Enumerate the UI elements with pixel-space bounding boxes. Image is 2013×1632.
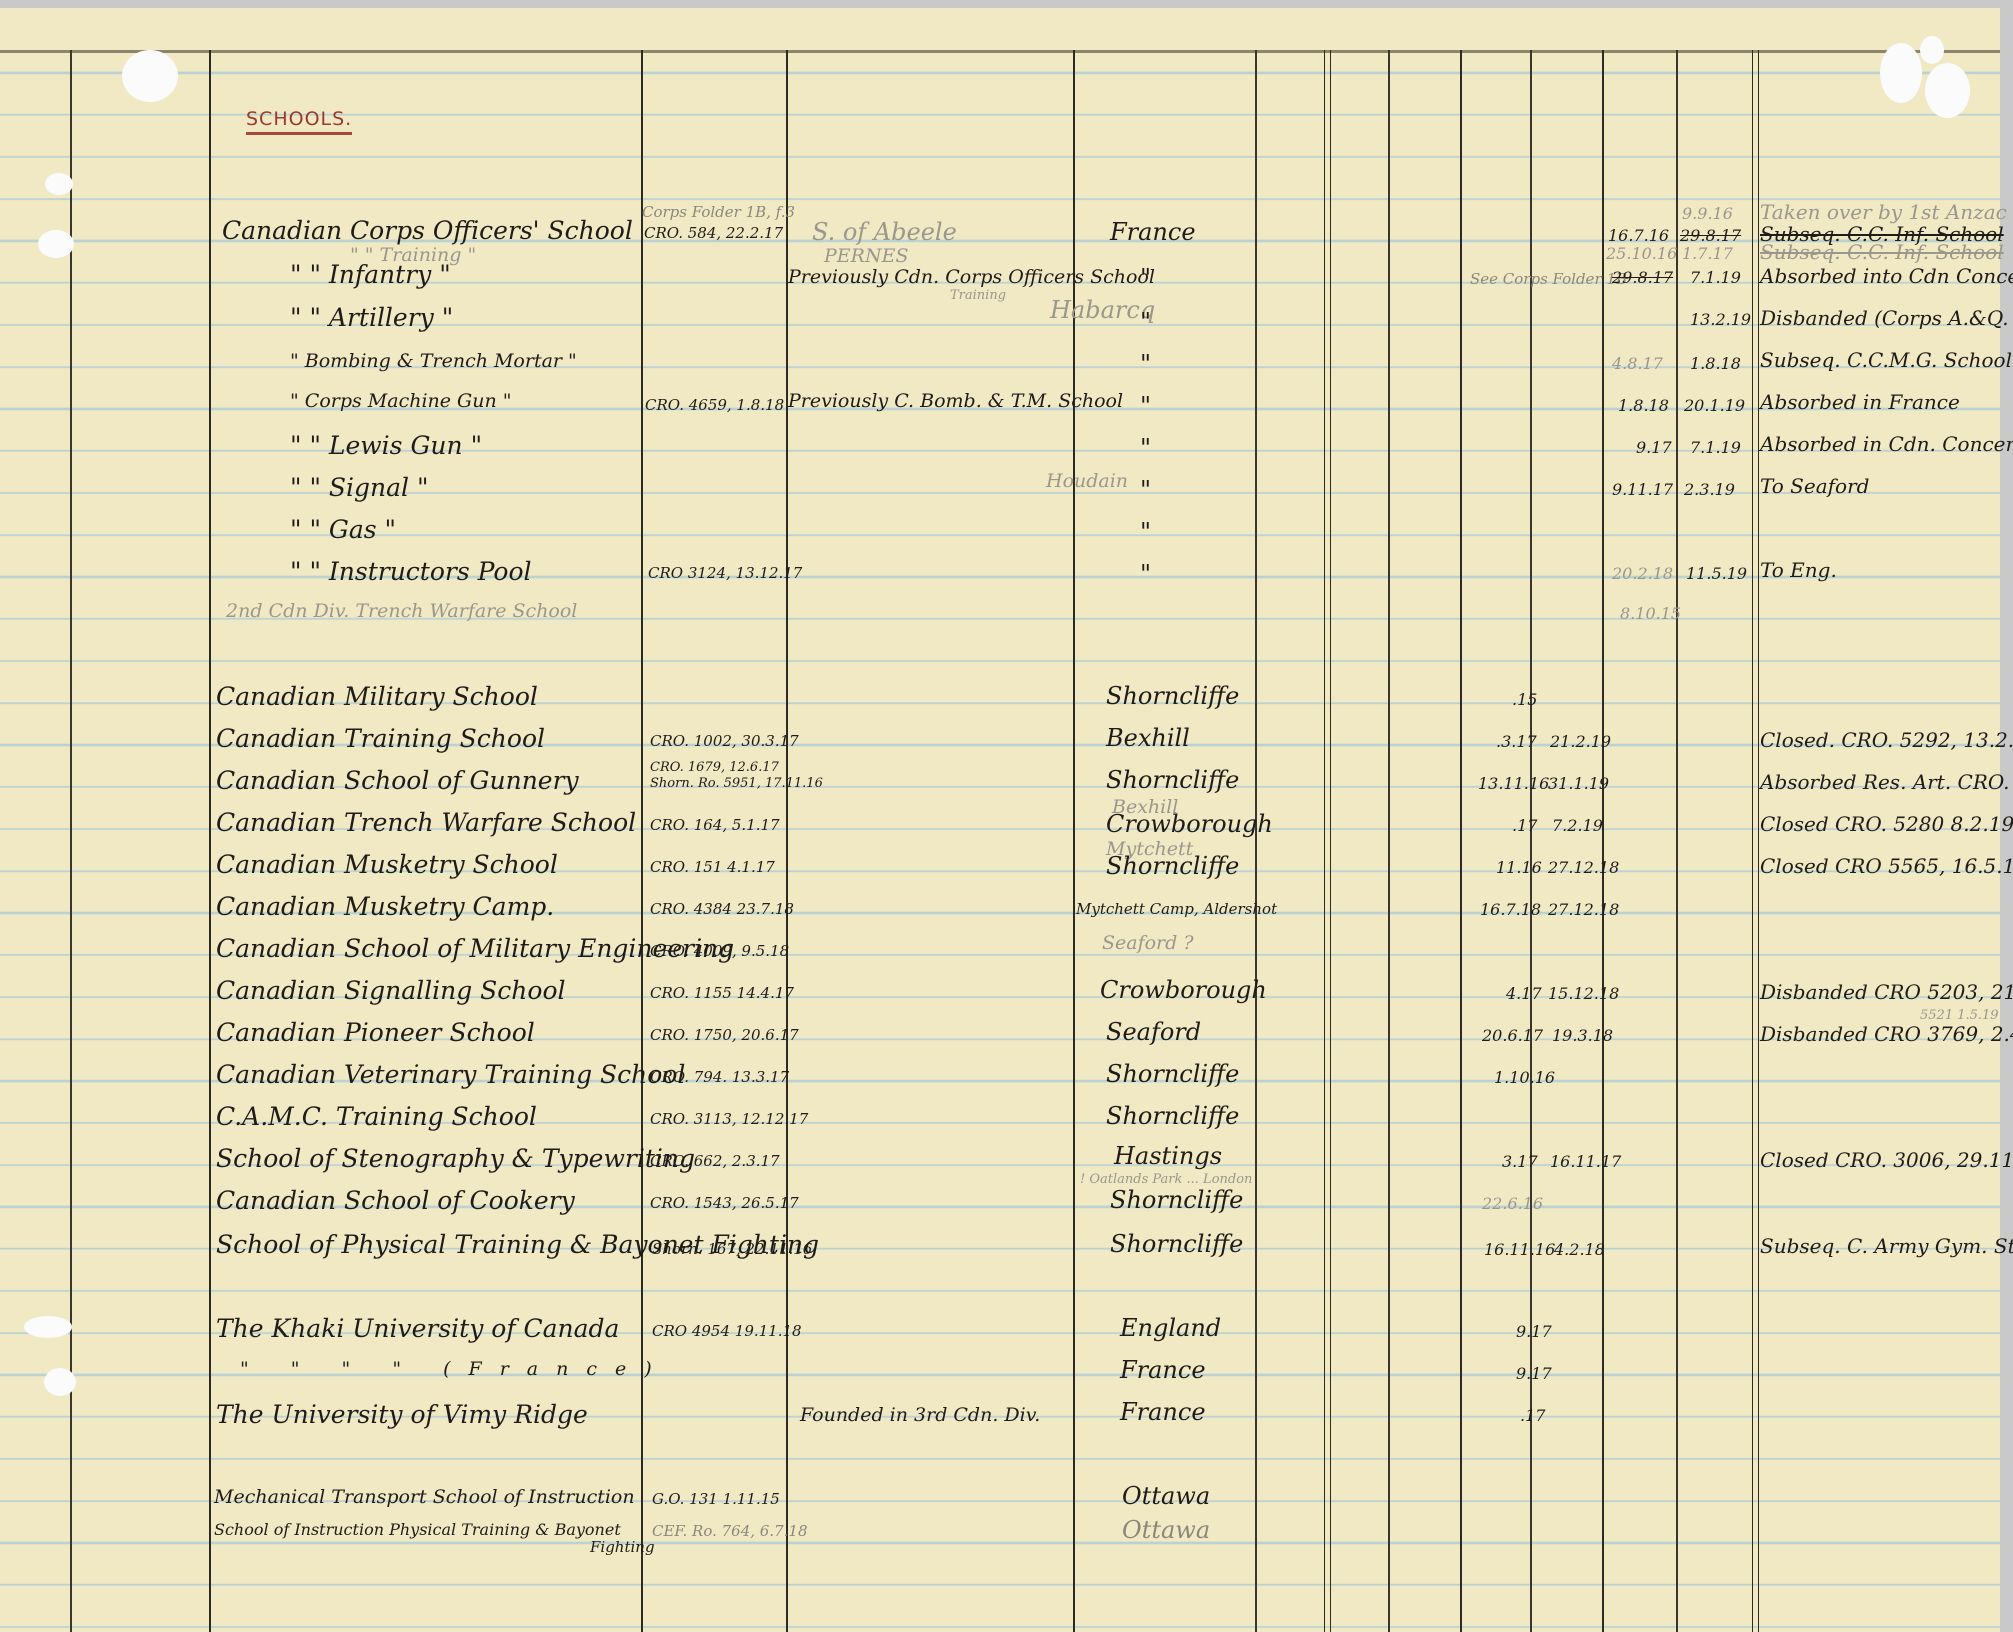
school-location: Seaford ? (1102, 932, 1194, 954)
remarks: Closed CRO 5565, 16.5.19 (1760, 854, 2013, 878)
school-ref: CRO 3124, 13.12.17 (648, 564, 802, 582)
remarks: Disbanded (Corps A.&Q. diary) (1760, 306, 2013, 330)
school-name: " " Instructors Pool (290, 557, 532, 586)
column-divider (1676, 50, 1678, 1632)
date-closed: 1.8.18 (1690, 354, 1741, 373)
date-opened: 3.17 (1502, 1152, 1538, 1171)
school-name: C.A.M.C. Training School (216, 1102, 537, 1131)
school-location: Ottawa (1122, 1482, 1210, 1510)
date-opened: 16.7.18 (1480, 900, 1541, 919)
remarks: Disbanded CRO 5203, 21.1.19 (1760, 980, 2013, 1004)
school-note: Previously C. Bomb. & T.M. School (788, 390, 1123, 412)
date-closed: 2.3.19 (1684, 480, 1735, 499)
school-ref: CRO. 584, 22.2.17 (644, 224, 783, 242)
school-note: S. of Abeele (812, 218, 957, 246)
school-location: Crowborough (1106, 810, 1273, 838)
remarks: Disbanded CRO 3769, 2.4.18 (1760, 1022, 2013, 1046)
date-closed: 7.1.19 (1690, 438, 1741, 457)
school-location: Ottawa (1122, 1516, 1210, 1544)
school-ref: CRO. 4384 23.7.18 (650, 900, 794, 918)
school-location: Shorncliffe (1106, 766, 1239, 794)
school-location: " (1140, 560, 1151, 588)
school-location: Shorncliffe (1106, 852, 1239, 880)
date-opened: 9.17 (1516, 1322, 1552, 1341)
date-opened: 20.6.17 (1482, 1026, 1543, 1045)
page-title: SCHOOLS. (246, 108, 352, 135)
column-divider (1460, 50, 1462, 1632)
column-divider (641, 50, 643, 1632)
school-location: " (1140, 264, 1151, 292)
date-closed: 15.12.18 (1548, 984, 1619, 1003)
remarks: Subseq. C. Army Gym. Staff (1760, 1234, 2013, 1258)
school-name: Canadian Corps Officers' School (222, 216, 633, 245)
school-name: " Bombing & Trench Mortar " (290, 350, 577, 372)
date-opened: 29.8.17 (1612, 268, 1673, 287)
school-name: School of Stenography & Typewriting (216, 1144, 695, 1173)
school-name: Canadian Training School (216, 724, 545, 753)
school-name-continued: Fighting (590, 1538, 655, 1556)
date-opened: .15 (1512, 690, 1537, 709)
punch-hole (122, 50, 178, 102)
date-closed: 31.1.19 (1548, 774, 1609, 793)
school-name: Canadian Military School (216, 682, 538, 711)
column-divider (209, 50, 211, 1632)
school-location: France (1120, 1398, 1206, 1426)
date-closed: 29.8.17 (1680, 226, 1741, 245)
column-divider (1255, 50, 1257, 1632)
school-location: Shorncliffe (1106, 1060, 1239, 1088)
column-divider (1388, 50, 1390, 1632)
remarks: Closed. CRO. 5292, 13.2.19 (1760, 728, 2013, 752)
folder-note: See Corps Folder 1B (1470, 270, 1627, 288)
school-name: Canadian Signalling School (216, 976, 566, 1005)
school-name: The University of Vimy Ridge (216, 1400, 588, 1429)
remarks: To Seaford (1760, 474, 1869, 498)
date-opened: 9.17 (1636, 438, 1672, 457)
school-name: " " Signal " (290, 473, 428, 502)
date-closed: 4.2.18 (1554, 1240, 1605, 1259)
school-name: Mechanical Transport School of Instructi… (214, 1486, 635, 1508)
ref-note: CRO. 1679, 12.6.17 (650, 760, 779, 775)
school-ref: CRO. 4659, 1.8.18 (645, 396, 784, 414)
school-location: Crowborough (1100, 976, 1267, 1004)
school-note: Founded in 3rd Cdn. Div. (800, 1404, 1040, 1426)
school-ref: CRO. 794. 13.3.17 (650, 1068, 789, 1086)
school-name: " " Gas " (290, 515, 396, 544)
school-name: 2nd Cdn Div. Trench Warfare School (226, 600, 577, 622)
remarks: Absorbed Res. Art. CRO. 5293 (1760, 770, 2013, 794)
school-ref: CRO. 164, 5.1.17 (650, 816, 780, 834)
school-name: Canadian School of Gunnery (216, 766, 579, 795)
school-name: " " " " (France) (240, 1358, 670, 1380)
school-name: " Corps Machine Gun " (290, 390, 511, 412)
remarks: To Eng. (1760, 558, 1837, 582)
date-opened: .17 (1512, 816, 1537, 835)
date-opened: 9.11.17 (1612, 480, 1673, 499)
school-note: Previously Cdn. Corps Officers School (788, 266, 1155, 288)
school-name: Canadian Trench Warfare School (216, 808, 636, 837)
school-ref: CRO. 1002, 30.3.17 (650, 732, 799, 750)
date-opened: 11.16 (1496, 858, 1542, 877)
school-ref: CRO. 4009, 9.5.18 (650, 942, 789, 960)
punch-hole (1880, 43, 1922, 103)
school-ref: Shorn. 167, 22.11.16 (652, 1240, 812, 1258)
school-location: France (1120, 1356, 1206, 1384)
date-closed: 27.12.18 (1548, 900, 1619, 919)
column-divider (1752, 50, 1759, 1632)
school-name: Canadian Musketry Camp. (216, 892, 554, 921)
date-closed: 7.1.19 (1690, 268, 1741, 287)
school-location: Seaford (1106, 1018, 1201, 1046)
remarks: Absorbed in Cdn. Concent. Camp (1760, 432, 2013, 456)
punch-hole (45, 173, 73, 195)
school-location: Shorncliffe (1106, 1102, 1239, 1130)
date-opened: .3.17 (1496, 732, 1537, 751)
date-opened: 4.17 (1506, 984, 1542, 1003)
punch-hole (38, 230, 74, 258)
school-name: " " Artillery " (290, 303, 453, 332)
school-location: Shorncliffe (1110, 1186, 1243, 1214)
school-location: " (1140, 308, 1151, 336)
closed-note: 9.9.16 (1682, 204, 1733, 223)
school-ref: Shorn. Ro. 5951, 17.11.16 (650, 776, 823, 791)
date-closed: 19.3.18 (1552, 1026, 1613, 1045)
school-location: " (1140, 350, 1151, 378)
school-location: " (1140, 518, 1151, 546)
top-rule (0, 50, 2000, 53)
date-opened: 22.6.16 (1482, 1194, 1543, 1213)
date-closed: 11.5.19 (1686, 564, 1747, 583)
ledger-page: SCHOOLS. Corps Folder 1B, f.3 Canadian C… (0, 8, 2000, 1632)
school-location: Bexhill (1106, 724, 1190, 752)
date-closed: 16.11.17 (1550, 1152, 1621, 1171)
punch-hole (1925, 63, 1970, 118)
date-opened: .17 (1520, 1406, 1545, 1425)
remarks: Closed CRO. 5280 8.2.19 (1760, 812, 2013, 836)
date-opened: 13.11.16 (1478, 774, 1549, 793)
school-ref: CRO. 1543, 26.5.17 (650, 1194, 799, 1212)
location-note: Houdain (1046, 470, 1128, 492)
remarks: Closed CRO. 3006, 29.11.17 (1760, 1148, 2013, 1172)
date-opened: 9.17 (1516, 1364, 1552, 1383)
school-note: PERNES (824, 245, 908, 267)
date-opened: 20.2.18 (1612, 564, 1673, 583)
school-name: Canadian Musketry School (216, 850, 558, 879)
school-ref: CRO. 662, 2.3.17 (650, 1152, 780, 1170)
date-opened: 8.10.15 (1620, 604, 1681, 623)
remarks: Absorbed into Cdn Concentr. Camp (1760, 264, 2013, 288)
ref-note: Corps Folder 1B, f.3 (642, 203, 795, 221)
school-name: " " Lewis Gun " (290, 431, 482, 460)
school-location: " (1140, 476, 1151, 504)
school-ref: CRO. 151 4.1.17 (650, 858, 775, 876)
school-location: Hastings (1114, 1142, 1222, 1170)
date-opened: 1.8.18 (1618, 396, 1669, 415)
location-note: ! Oatlands Park ... London (1080, 1172, 1252, 1187)
column-divider (1324, 50, 1331, 1632)
school-ref: CRO. 1750, 20.6.17 (650, 1026, 799, 1044)
school-location: England (1120, 1314, 1221, 1342)
date-closed: 13.2.19 (1690, 310, 1751, 329)
school-name: School of Instruction Physical Training … (214, 1520, 621, 1539)
school-location: France (1110, 218, 1196, 246)
school-name: Canadian Veterinary Training School (216, 1060, 685, 1089)
school-note-sub: Training (950, 288, 1006, 303)
date-closed: 20.1.19 (1684, 396, 1745, 415)
remarks: Subseq. C.C. Inf. School (1760, 240, 2004, 264)
school-location: Mytchett Camp, Aldershot (1076, 900, 1277, 918)
date-opened: 1.10.16 (1494, 1068, 1555, 1087)
school-location: Shorncliffe (1110, 1230, 1243, 1258)
date-closed: 1.7.17 (1682, 244, 1733, 263)
punch-hole (1920, 36, 1944, 64)
date-opened: 16.7.16 (1608, 226, 1669, 245)
date-closed: 21.2.19 (1550, 732, 1611, 751)
school-ref: CRO 4954 19.11.18 (652, 1322, 802, 1340)
school-ref: CRO. 1155 14.4.17 (650, 984, 794, 1002)
school-ref: G.O. 131 1.11.15 (652, 1490, 780, 1508)
column-divider (70, 50, 72, 1632)
school-name: Canadian School of Cookery (216, 1186, 575, 1215)
school-name: " " Infantry " (290, 260, 451, 289)
school-name: Canadian Pioneer School (216, 1018, 535, 1047)
remarks-note: 5521 1.5.19 (1920, 1008, 1999, 1023)
remarks-note: Taken over by 1st Anzac (1760, 200, 2007, 224)
remarks: Absorbed in France (1760, 390, 1960, 414)
school-location: " (1140, 434, 1151, 462)
date-closed: 27.12.18 (1548, 858, 1619, 877)
school-ref: CRO. 3113, 12.12.17 (650, 1110, 808, 1128)
school-location: Shorncliffe (1106, 682, 1239, 710)
date-closed: 7.2.19 (1552, 816, 1603, 835)
punch-hole (44, 1368, 76, 1396)
school-location: " (1140, 392, 1151, 420)
date-opened: 25.10.16 (1606, 244, 1677, 263)
school-name: The Khaki University of Canada (216, 1314, 619, 1343)
punch-hole (24, 1316, 72, 1338)
remarks: Subseq. C.C.M.G. School (1760, 348, 2012, 372)
date-opened: 16.11.16 (1484, 1240, 1555, 1259)
date-opened: 4.8.17 (1612, 354, 1663, 373)
school-ref: CEF. Ro. 764, 6.7.18 (652, 1522, 808, 1540)
